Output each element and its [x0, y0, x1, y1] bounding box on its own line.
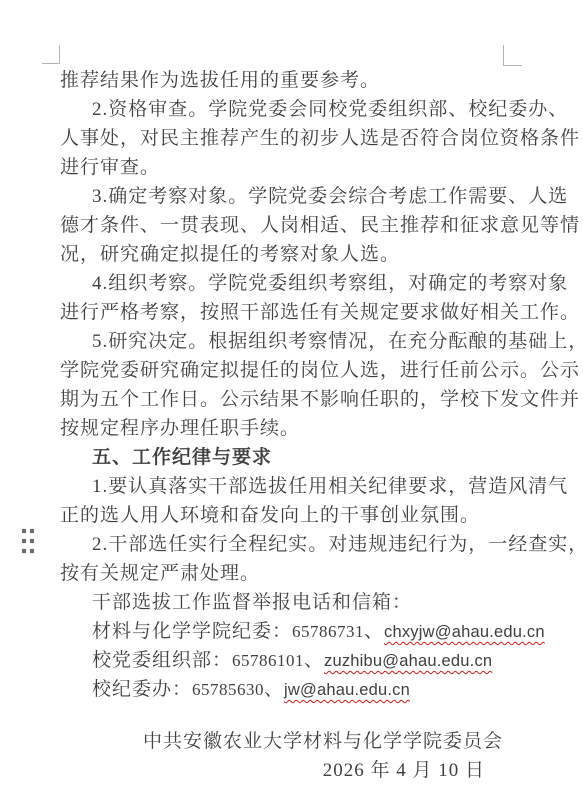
contact-row: 校纪委办：65785630、jw@ahau.edu.cn [60, 675, 543, 704]
paragraph-line: 5.研究决定。根据组织考察情况，在充分酝酿的基础上， [60, 327, 543, 356]
drag-dot [30, 549, 34, 553]
paragraph-line: 况，研究确定拟提任的考察对象人选。 [60, 240, 543, 269]
contact-separator: 、 [364, 621, 384, 642]
paragraph-line: 正的选人用人环境和奋发向上的干事创业氛围。 [60, 501, 543, 530]
section-heading: 五、工作纪律与要求 [60, 443, 543, 472]
text-boundary-mark-top-right-vertical [503, 45, 504, 66]
contact-intro: 干部选拔工作监督举报电话和信箱： [60, 588, 543, 617]
contact-org: 校党委组织部： [92, 650, 232, 671]
paragraph-line: 期为五个工作日。公示结果不影响任职的，学校下发文件并 [60, 385, 543, 414]
drag-dot [22, 549, 26, 553]
text-boundary-mark-top-left-horizontal [42, 63, 60, 64]
contact-org: 校纪委办： [92, 679, 192, 700]
paragraph-line: 推荐结果作为选拔任用的重要参考。 [60, 66, 543, 95]
contact-separator: 、 [264, 679, 284, 700]
paragraph-line: 2.干部选任实行全程纪实。对违规违纪行为，一经查实， [60, 530, 543, 559]
paragraph-line: 进行严格考察，按照干部选任有关规定要求做好相关工作。 [60, 298, 543, 327]
paragraph-line: 4.组织考察。学院党委组织考察组，对确定的考察对象 [60, 269, 543, 298]
signature-date: 2026 年 4 月 10 日 [60, 756, 543, 785]
contact-phone: 65785630 [192, 680, 264, 699]
contact-row: 材料与化学学院纪委：65786731、chxyjw@ahau.edu.cn [60, 617, 543, 646]
paragraph-line: 按有关规定严肃处理。 [60, 559, 543, 588]
contact-email: jw@ahau.edu.cn [284, 681, 410, 699]
contact-row: 校党委组织部：65786101、zuzhibu@ahau.edu.cn [60, 646, 543, 675]
text-boundary-mark-top-left-vertical [59, 45, 60, 64]
paragraph-line: 学院党委研究确定拟提任的岗位人选，进行任前公示。公示 [60, 356, 543, 385]
contact-phone: 65786101 [232, 651, 304, 670]
document-page: 推荐结果作为选拔任用的重要参考。 2.资格审查。学院党委会同校党委组织部、校纪委… [0, 0, 583, 801]
contact-org: 材料与化学学院纪委： [92, 621, 292, 642]
contact-email: zuzhibu@ahau.edu.cn [324, 652, 492, 670]
paragraph-line: 人事处，对民主推荐产生的初步人选是否符合岗位资格条件 [60, 124, 543, 153]
paragraph-line: 进行审查。 [60, 153, 543, 182]
paragraph-line: 2.资格审查。学院党委会同校党委组织部、校纪委办、 [60, 95, 543, 124]
drag-dot [30, 539, 34, 543]
contact-phone: 65786731 [292, 622, 364, 641]
contact-email: chxyjw@ahau.edu.cn [384, 623, 545, 641]
drag-dot [22, 539, 26, 543]
paragraph-line: 按规定程序办理任职手续。 [60, 414, 543, 443]
drag-dot [30, 529, 34, 533]
document-body: 推荐结果作为选拔任用的重要参考。 2.资格审查。学院党委会同校党委组织部、校纪委… [60, 66, 543, 785]
contact-separator: 、 [304, 650, 324, 671]
drag-handle-dots[interactable] [22, 529, 34, 555]
paragraph-line: 3.确定考察对象。学院党委会综合考虑工作需要、人选 [60, 182, 543, 211]
signature-committee: 中共安徽农业大学材料与化学学院委员会 [60, 727, 543, 756]
paragraph-line: 1.要认真落实干部选拔任用相关纪律要求，营造风清气 [60, 472, 543, 501]
paragraph-line: 德才条件、一贯表现、人岗相适、民主推荐和征求意见等情 [60, 211, 543, 240]
drag-dot [22, 529, 26, 533]
